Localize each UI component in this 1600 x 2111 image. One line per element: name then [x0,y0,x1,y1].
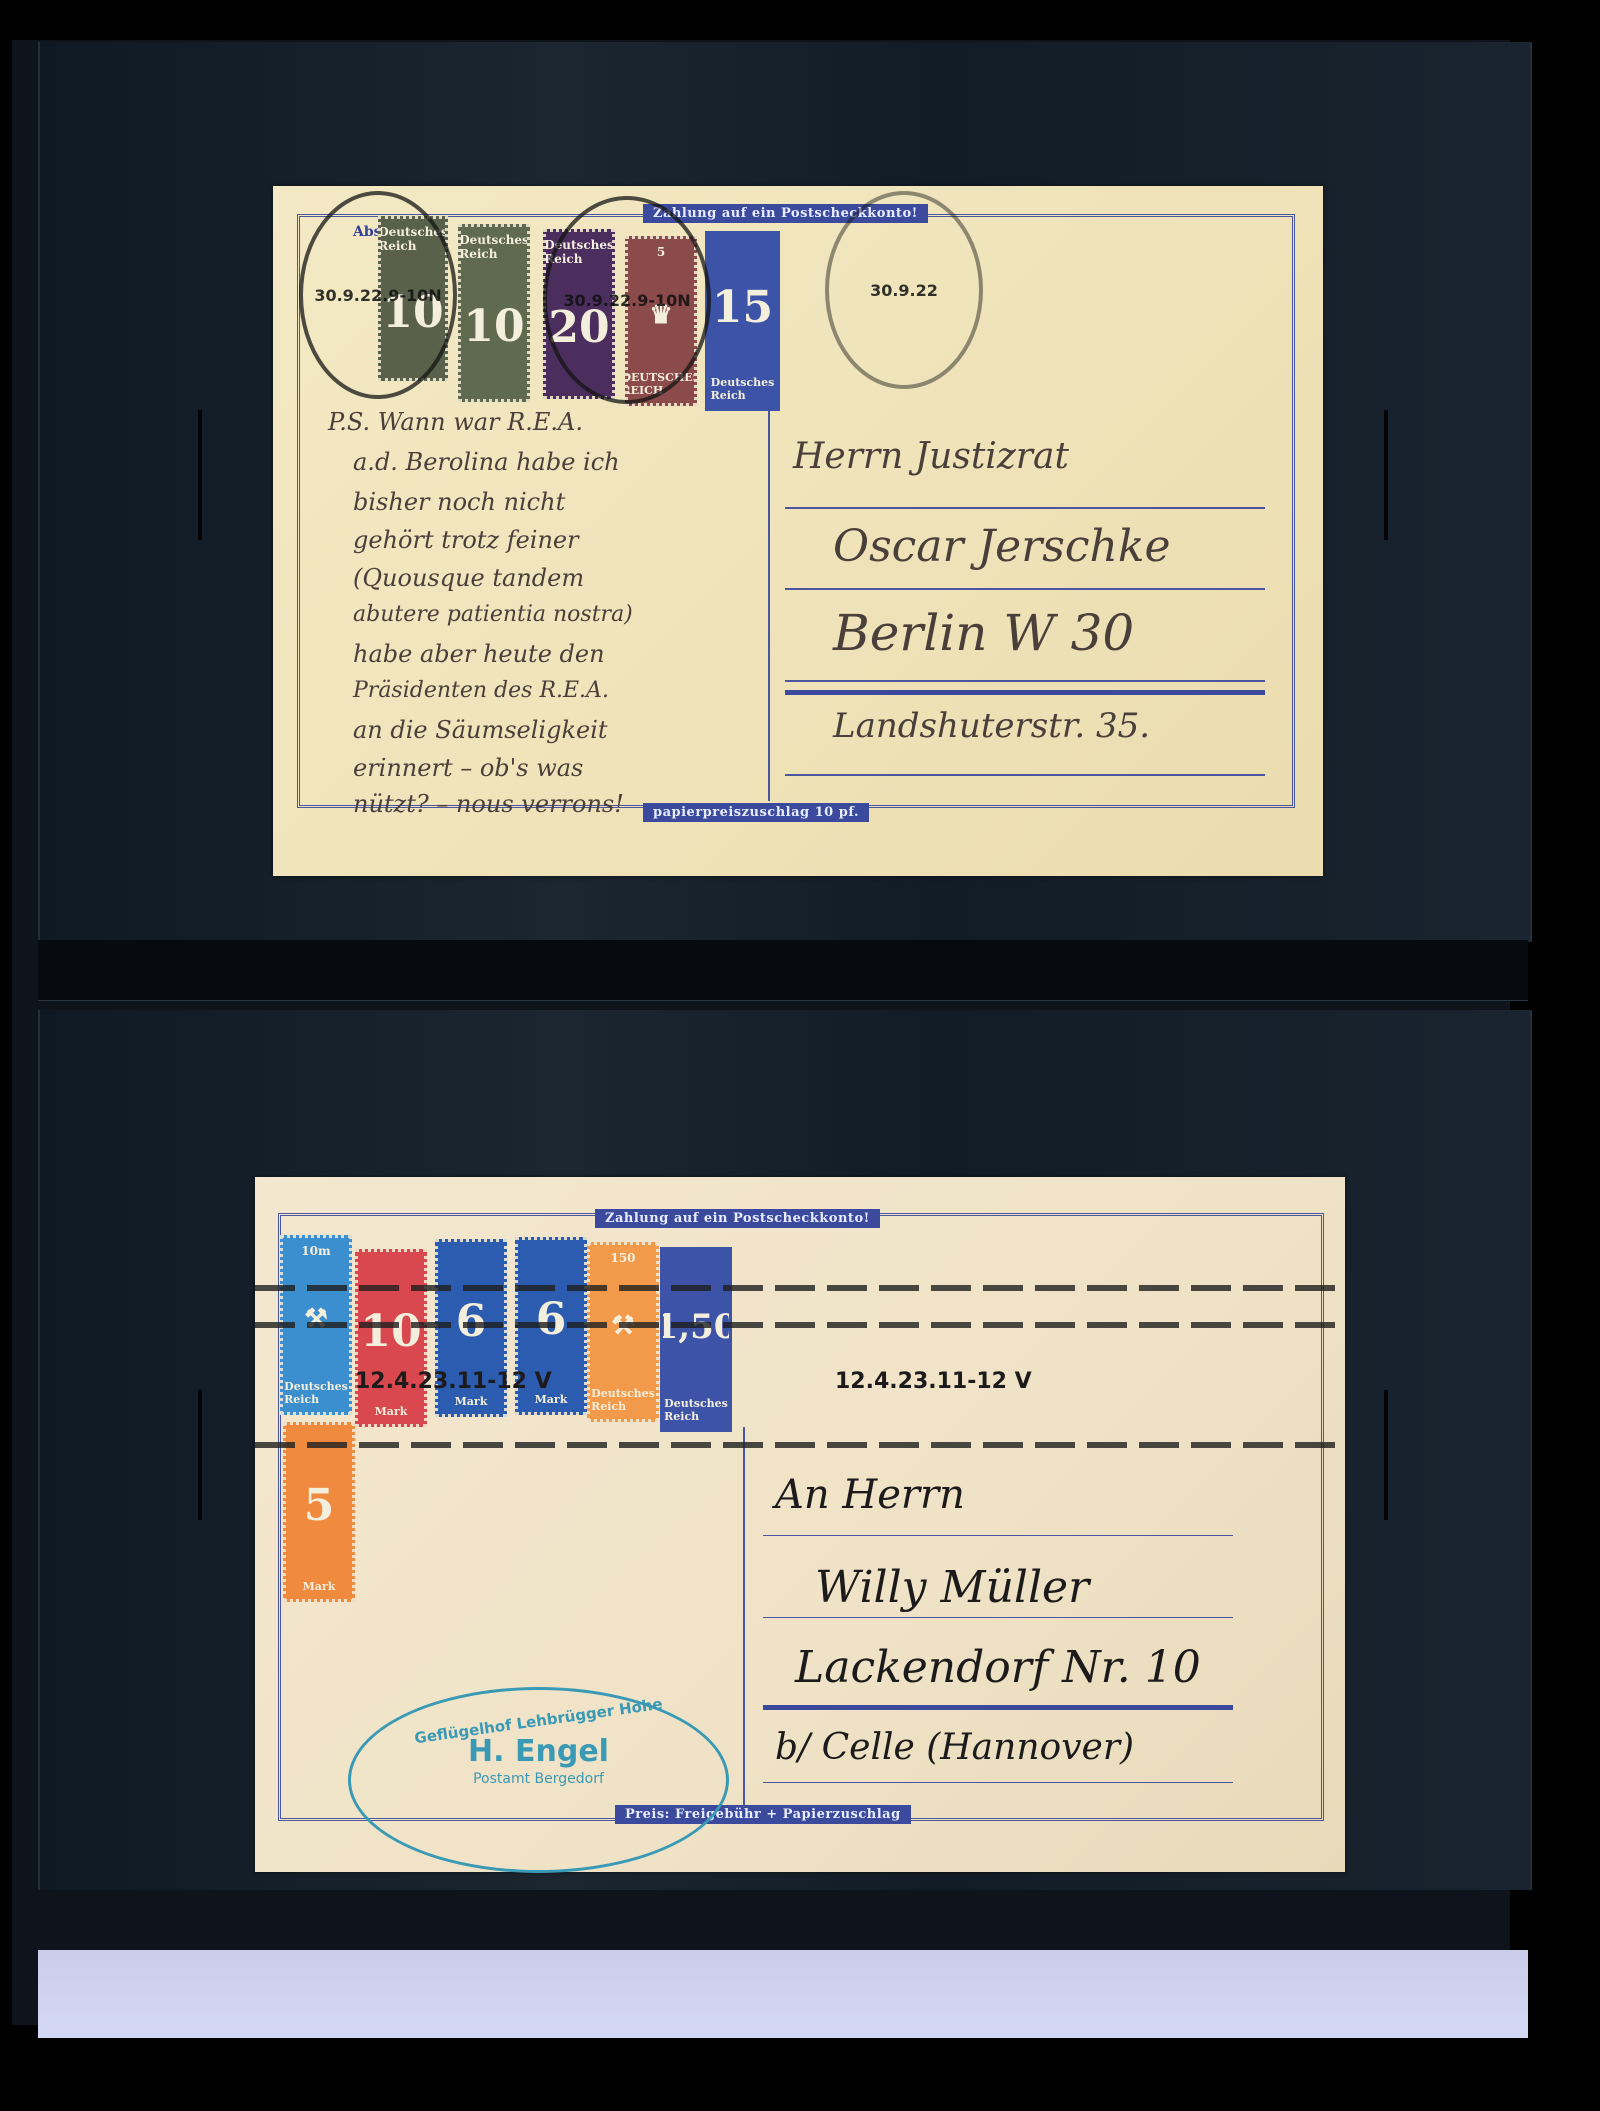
message-line: nützt? – nous verrons! [353,790,624,818]
address-line: Lackendorf Nr. 10 [795,1642,1201,1693]
postcard-2: Zahlung auf ein Postscheckkonto! Preis: … [255,1177,1345,1872]
address-line: Herrn Justizrat [793,436,1069,477]
address-rule [785,774,1265,776]
message-line: habe aber heute den [353,640,605,668]
card-divider [743,1427,745,1807]
machine-cancel-wave [255,1285,1345,1291]
machine-cancel-date-2: 12.4.23.11-12 V [835,1369,1032,1394]
address-rule [763,1617,1233,1618]
message-line: a.d. Berolina habe ich [353,448,620,476]
machine-cancel-wave [255,1322,1345,1328]
postmark-3: 30.9.22 [825,191,983,389]
address-rule [785,680,1265,682]
message-line: bisher noch nicht [353,488,565,516]
message-line: abutere patientia nostra) [353,602,633,627]
address-rule [763,1782,1233,1783]
message-line: Präsidenten des R.E.A. [353,678,609,703]
imprinted-stamp-1-50: 1,50 Deutsches Reich [660,1247,732,1432]
address-rule [785,588,1265,590]
message-line: erinnert – ob's was [353,754,583,782]
postmark-2: 30.9.22.9-10N [543,196,711,404]
message-line: an die Säumseligkeit [353,716,608,744]
address-rule [785,507,1265,509]
mount-mark-left-bottom [198,1390,202,1520]
address-rule-thick [785,690,1265,695]
mount-mark-left-top [198,410,202,540]
machine-cancel-date: 12.4.23.11-12 V [355,1369,552,1394]
stamp-10-green: Deutsches Reich 10 [458,224,530,402]
top-banner: Zahlung auf ein Postscheckkonto! [595,1209,880,1228]
mount-mark-right-top [1384,410,1388,540]
message-line: (Quousque tandem [353,564,584,592]
imprinted-stamp-15: 15 Deutsches Reich [705,231,780,411]
address-rule [763,1535,1233,1536]
sender-cachet: Geflügelhof Lehbrügger Höhe H. Engel Pos… [348,1687,729,1873]
stamp-10-red: 10 Mark [355,1249,427,1427]
mount-mark-right-bottom [1384,1390,1388,1520]
postmark-plauen: 30.9.22.9-10N [299,191,457,399]
address-line: Berlin W 30 [833,604,1134,662]
album-strip [38,940,1528,1001]
message-line: P.S. Wann war R.E.A. [328,408,583,436]
address-line: Willy Müller [815,1562,1089,1613]
card-divider [768,406,770,801]
stamp-150-orange: 150 ⚒ Deutsches Reich [587,1242,659,1422]
album-bottom-margin [38,1950,1528,2038]
address-line: Oscar Jerschke [833,521,1171,572]
address-rule-thick [763,1705,1233,1710]
postcard-1: Zahlung auf ein Postscheckkonto! papierp… [273,186,1323,876]
stamp-5-orange: 5 Mark [283,1422,355,1602]
address-line: Landshuterstr. 35. [833,706,1150,746]
address-line: An Herrn [775,1472,965,1518]
address-line: b/ Celle (Hannover) [775,1727,1134,1768]
message-line: gehört trotz feiner [353,526,579,554]
machine-cancel-wave [255,1442,1345,1448]
bottom-banner: papierpreiszuschlag 10 pf. [643,803,869,822]
